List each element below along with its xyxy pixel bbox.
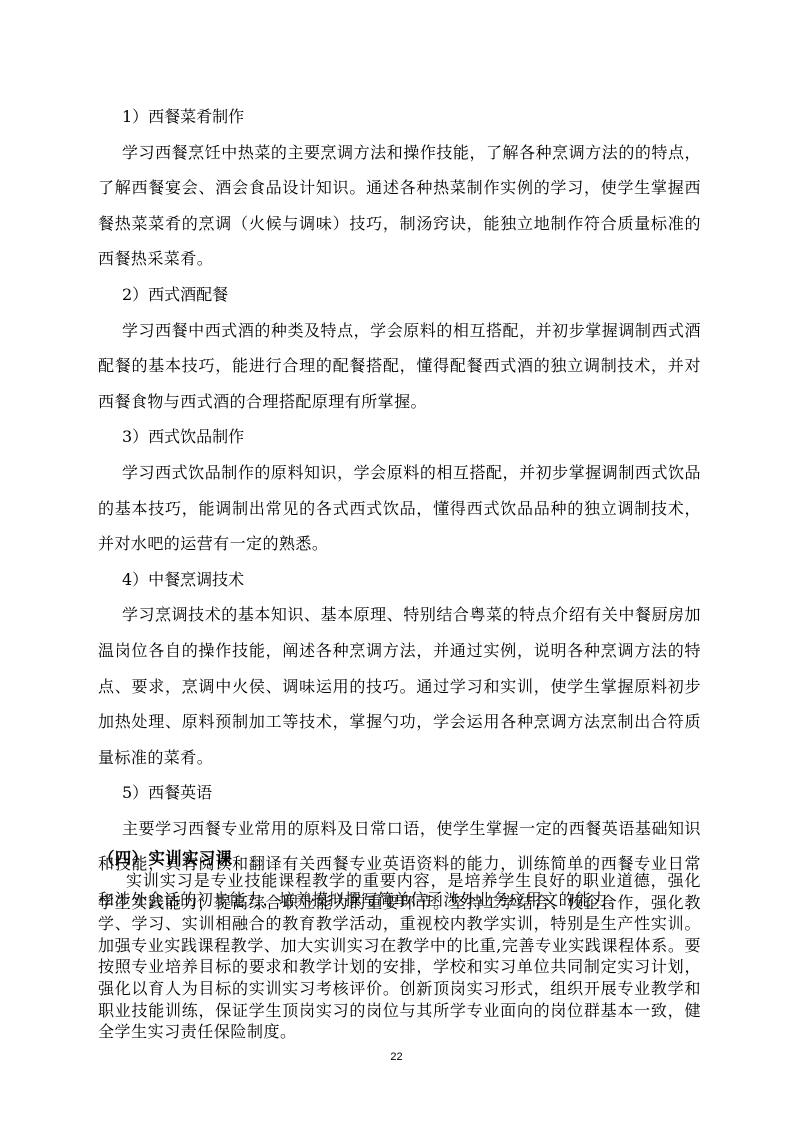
- course-title-western-dishes: 1）西餐菜肴制作: [98, 99, 701, 135]
- course-title-western-english: 5）西餐英语: [98, 775, 701, 811]
- course-descriptions: 1）西餐菜肴制作 学习西餐烹饪中热菜的主要烹调方法和操作技能，了解各种烹调方法的…: [98, 99, 701, 918]
- course-body-western-dishes: 学习西餐烹饪中热菜的主要烹调方法和操作技能，了解各种烹调方法的的特点，了解西餐宴…: [98, 135, 701, 277]
- section-heading-practical-training: （四）实训实习课: [98, 848, 232, 870]
- course-body-western-beverages: 学习西式饮品制作的原料知识，学会原料的相互搭配，并初步掌握调制西式饮品的基本技巧…: [98, 455, 701, 562]
- course-title-chinese-cooking: 4）中餐烹调技术: [98, 562, 701, 598]
- course-title-western-wine-pairing: 2）西式酒配餐: [98, 277, 701, 313]
- course-title-western-beverages: 3）西式饮品制作: [98, 419, 701, 455]
- page-number: 22: [0, 1050, 793, 1064]
- course-body-western-wine-pairing: 学习西餐中西式酒的种类及特点，学会原料的相互搭配，并初步掌握调制西式酒配餐的基本…: [98, 313, 701, 420]
- section-body-practical-training: 实训实习是专业技能课程教学的重要内容，是培养学生良好的职业道德，强化学生实践能力…: [98, 870, 701, 1043]
- course-body-chinese-cooking: 学习烹调技术的基本知识、基本原理、特别结合粤菜的特点介绍有关中餐厨房加温岗位各自…: [98, 597, 701, 775]
